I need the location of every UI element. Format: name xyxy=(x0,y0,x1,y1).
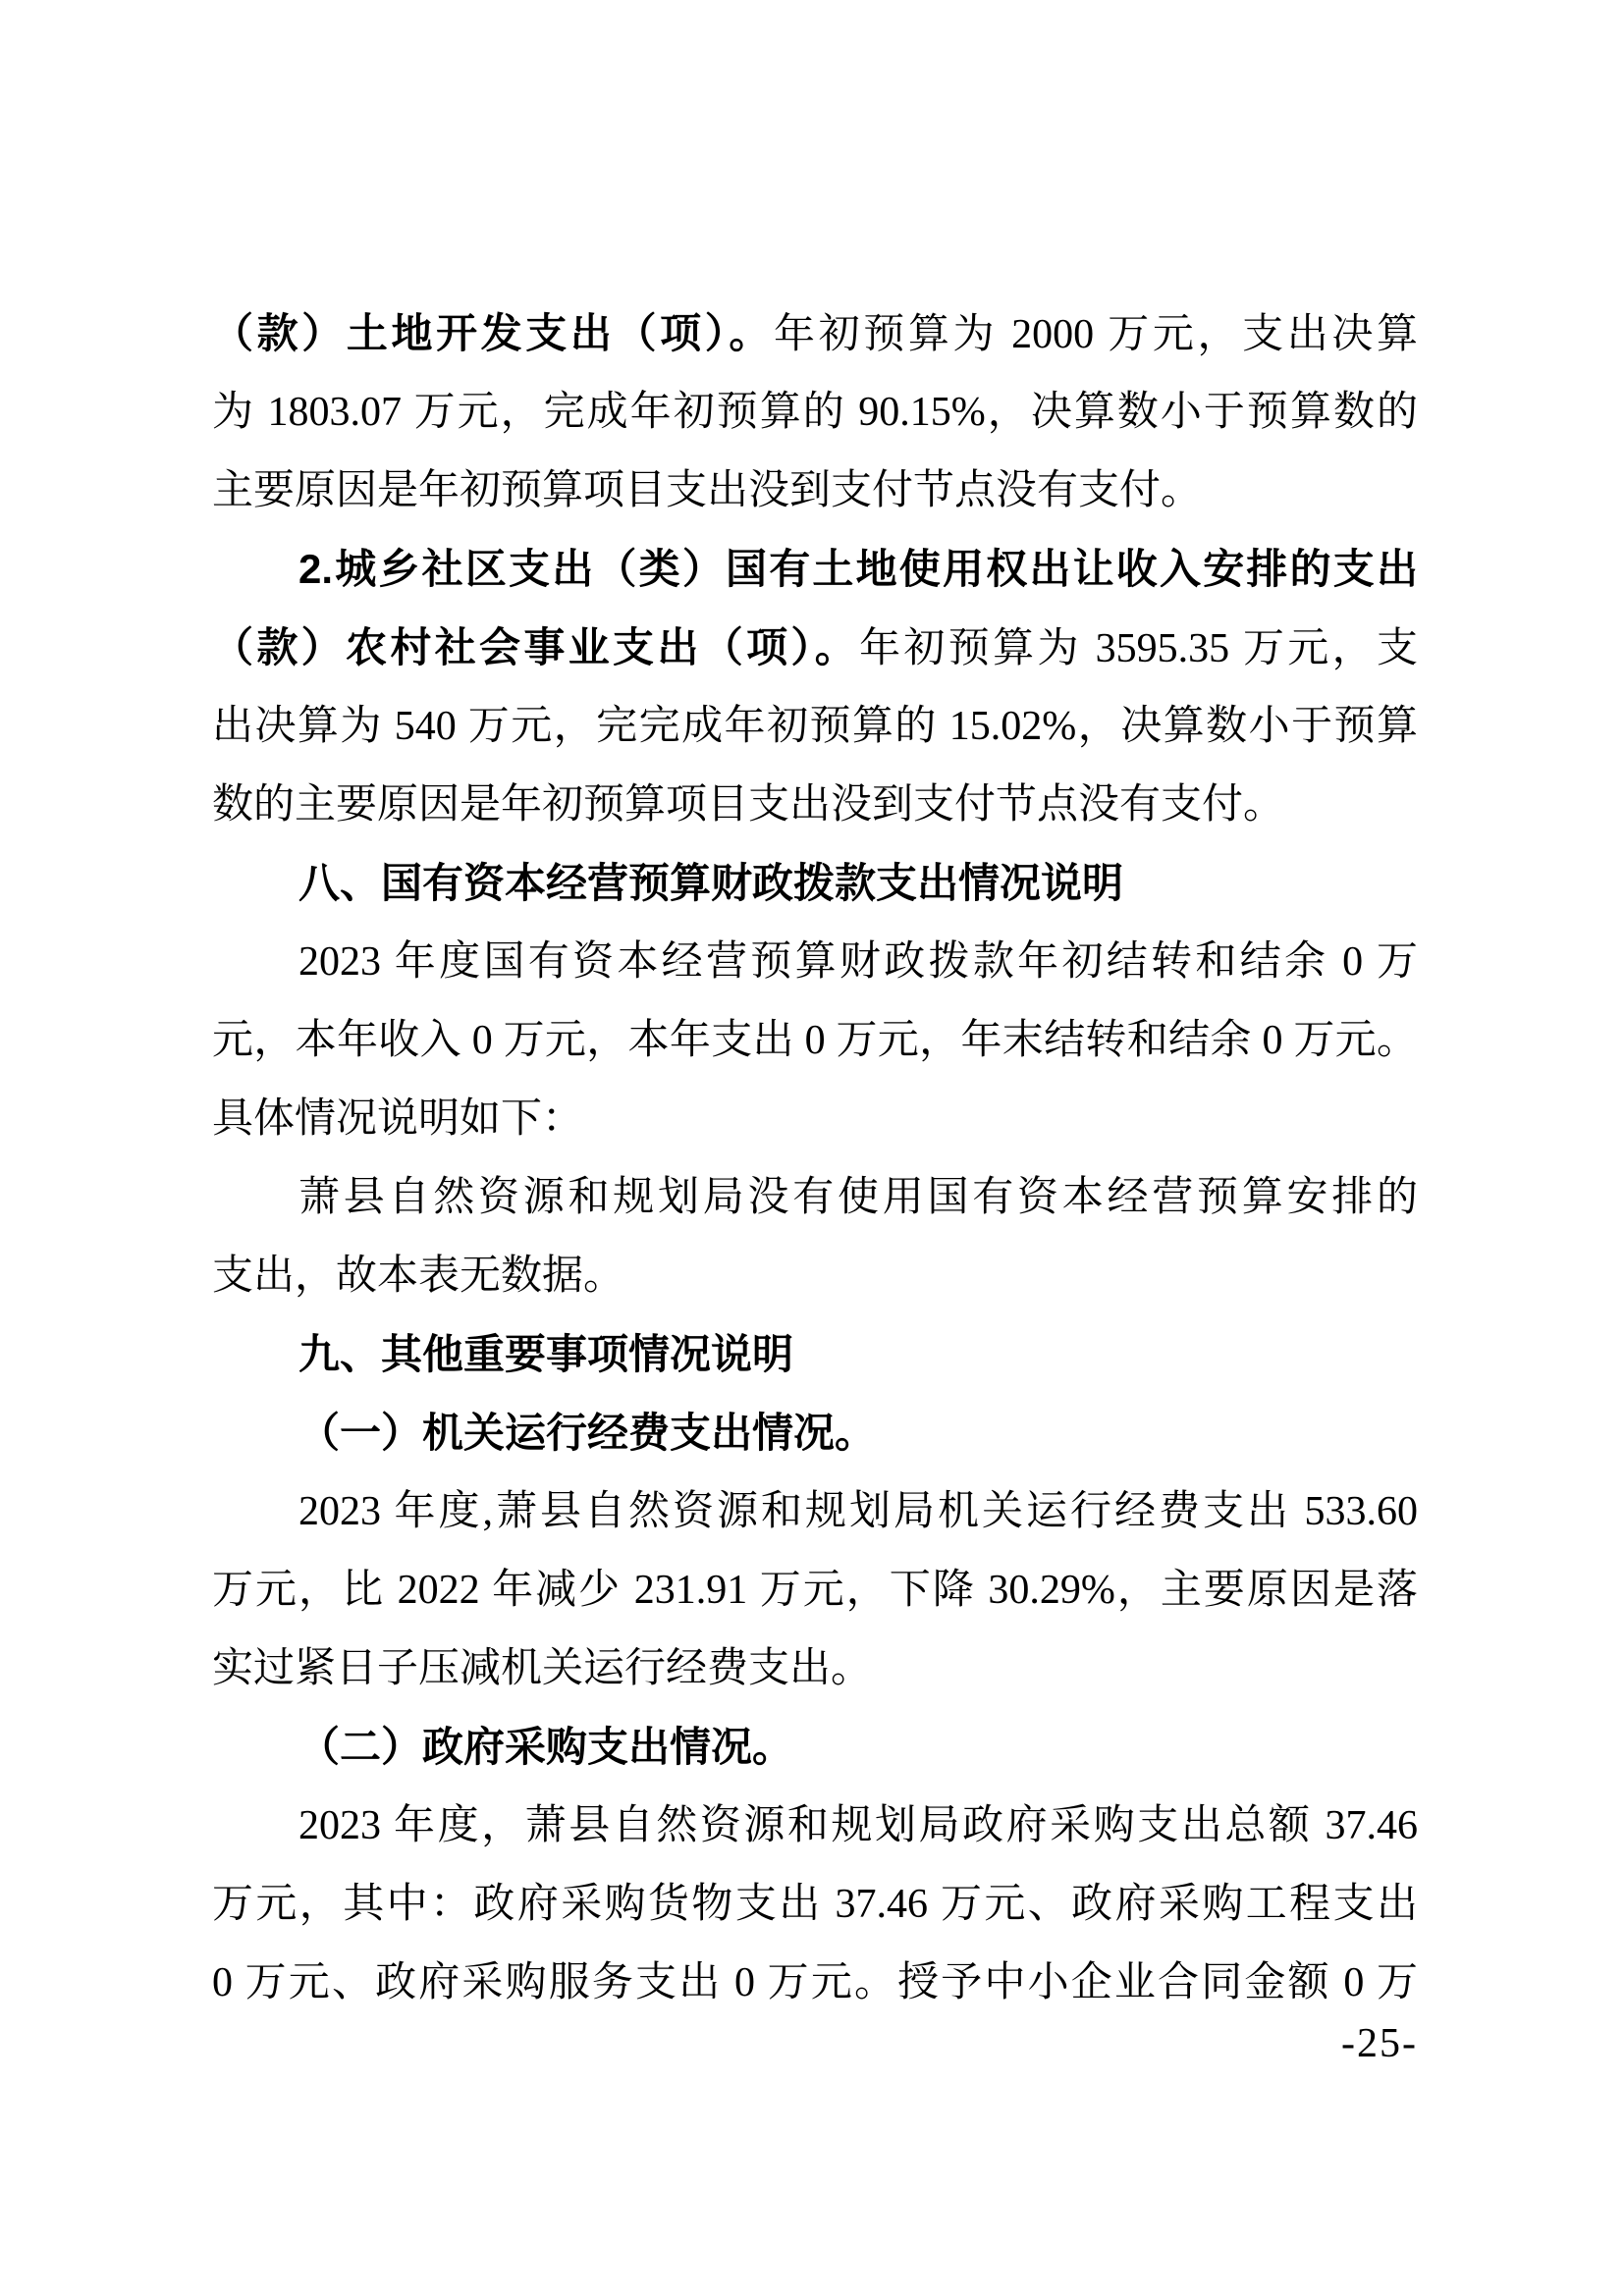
body-run: 0 万元、政府采购服务支出 0 万元。授予中小企业合同金额 0 万 xyxy=(212,1960,1418,2005)
body-run: 元，本年收入 0 万元，本年支出 0 万元，年末结转和结余 0 万元。 xyxy=(212,1018,1418,1063)
page-number: -25- xyxy=(212,2020,1418,2067)
bold-run: （款）农村社会事业支出（项）。 xyxy=(212,624,859,670)
bold-run: （款）土地开发支出（项）。 xyxy=(212,310,774,356)
text-line-9: 2023 年度国有资本经营预算财政拨款年初结转和结余 0 万 xyxy=(212,923,1418,1001)
heading-text: 九、其他重要事项情况说明 xyxy=(298,1331,793,1377)
text-line-7: 数的主要原因是年初预算项目支出没到支付节点没有支付。 xyxy=(212,766,1418,844)
heading-text: （一）机关运行经费支出情况。 xyxy=(298,1410,876,1456)
text-line-1: （款）土地开发支出（项）。年初预算为 2000 万元，支出决算 xyxy=(212,294,1418,373)
text-line-6: 出决算为 540 万元，完完成年初预算的 15.02%，决算数小于预算 xyxy=(212,687,1418,766)
bold-run: 2.城乡社区支出（类）国有土地使用权出让收入安排的支出 xyxy=(298,546,1418,592)
text-line-22: 0 万元、政府采购服务支出 0 万元。授予中小企业合同金额 0 万 xyxy=(212,1944,1418,2022)
body-run: 2023 年度,萧县自然资源和规划局机关运行经费支出 533.60 xyxy=(298,1489,1418,1534)
body-run: 万元，比 2022 年减少 231.91 万元，下降 30.29%，主要原因是落 xyxy=(212,1568,1418,1613)
body-run: 万元，其中：政府采购货物支出 37.46 万元、政府采购工程支出 xyxy=(212,1882,1418,1927)
body-run: 年初预算为 2000 万元，支出决算 xyxy=(774,312,1418,357)
body-run: 出决算为 540 万元，完完成年初预算的 15.02%，决算数小于预算 xyxy=(212,704,1418,749)
body-run: 具体情况说明如下： xyxy=(212,1096,583,1142)
text-line-18: 实过紧日子压减机关运行经费支出。 xyxy=(212,1629,1418,1708)
text-line-3: 主要原因是年初预算项目支出没到支付节点没有支付。 xyxy=(212,452,1418,530)
body-run: 支出，故本表无数据。 xyxy=(212,1254,624,1299)
heading-section-eight: 八、国有资本经营预算财政拨款支出情况说明 xyxy=(212,844,1418,923)
body-run: 萧县自然资源和规划局没有使用国有资本经营预算安排的 xyxy=(298,1175,1418,1220)
text-line-16: 2023 年度,萧县自然资源和规划局机关运行经费支出 533.60 xyxy=(212,1472,1418,1551)
body-run: 主要原因是年初预算项目支出没到支付节点没有支付。 xyxy=(212,468,1202,513)
body-run: 实过紧日子压减机关运行经费支出。 xyxy=(212,1646,872,1691)
body-text: （款）土地开发支出（项）。年初预算为 2000 万元，支出决算 为 1803.0… xyxy=(212,294,1418,2022)
text-line-13: 支出，故本表无数据。 xyxy=(212,1237,1418,1315)
text-line-20: 2023 年度，萧县自然资源和规划局政府采购支出总额 37.46 xyxy=(212,1787,1418,1865)
heading-text: （二）政府采购支出情况。 xyxy=(298,1724,793,1770)
text-line-17: 万元，比 2022 年减少 231.91 万元，下降 30.29%，主要原因是落 xyxy=(212,1551,1418,1629)
text-line-5: （款）农村社会事业支出（项）。年初预算为 3595.35 万元，支 xyxy=(212,609,1418,687)
heading-section-nine: 九、其他重要事项情况说明 xyxy=(212,1315,1418,1394)
body-run: 年初预算为 3595.35 万元，支 xyxy=(859,626,1418,671)
text-line-4: 2.城乡社区支出（类）国有土地使用权出让收入安排的支出 xyxy=(212,530,1418,609)
heading-subsection-two: （二）政府采购支出情况。 xyxy=(212,1708,1418,1787)
text-line-10: 元，本年收入 0 万元，本年支出 0 万元，年末结转和结余 0 万元。 xyxy=(212,1001,1418,1080)
heading-subsection-one: （一）机关运行经费支出情况。 xyxy=(212,1394,1418,1472)
document-page: （款）土地开发支出（项）。年初预算为 2000 万元，支出决算 为 1803.0… xyxy=(0,0,1624,2296)
text-line-12: 萧县自然资源和规划局没有使用国有资本经营预算安排的 xyxy=(212,1158,1418,1237)
body-run: 为 1803.07 万元，完成年初预算的 90.15%，决算数小于预算数的 xyxy=(212,390,1418,435)
text-line-11: 具体情况说明如下： xyxy=(212,1080,1418,1158)
body-run: 2023 年度，萧县自然资源和规划局政府采购支出总额 37.46 xyxy=(298,1803,1418,1848)
heading-text: 八、国有资本经营预算财政拨款支出情况说明 xyxy=(298,860,1123,906)
body-run: 2023 年度国有资本经营预算财政拨款年初结转和结余 0 万 xyxy=(298,939,1418,985)
text-line-21: 万元，其中：政府采购货物支出 37.46 万元、政府采购工程支出 xyxy=(212,1865,1418,1944)
body-run: 数的主要原因是年初预算项目支出没到支付节点没有支付。 xyxy=(212,782,1284,828)
text-line-2: 为 1803.07 万元，完成年初预算的 90.15%，决算数小于预算数的 xyxy=(212,373,1418,452)
